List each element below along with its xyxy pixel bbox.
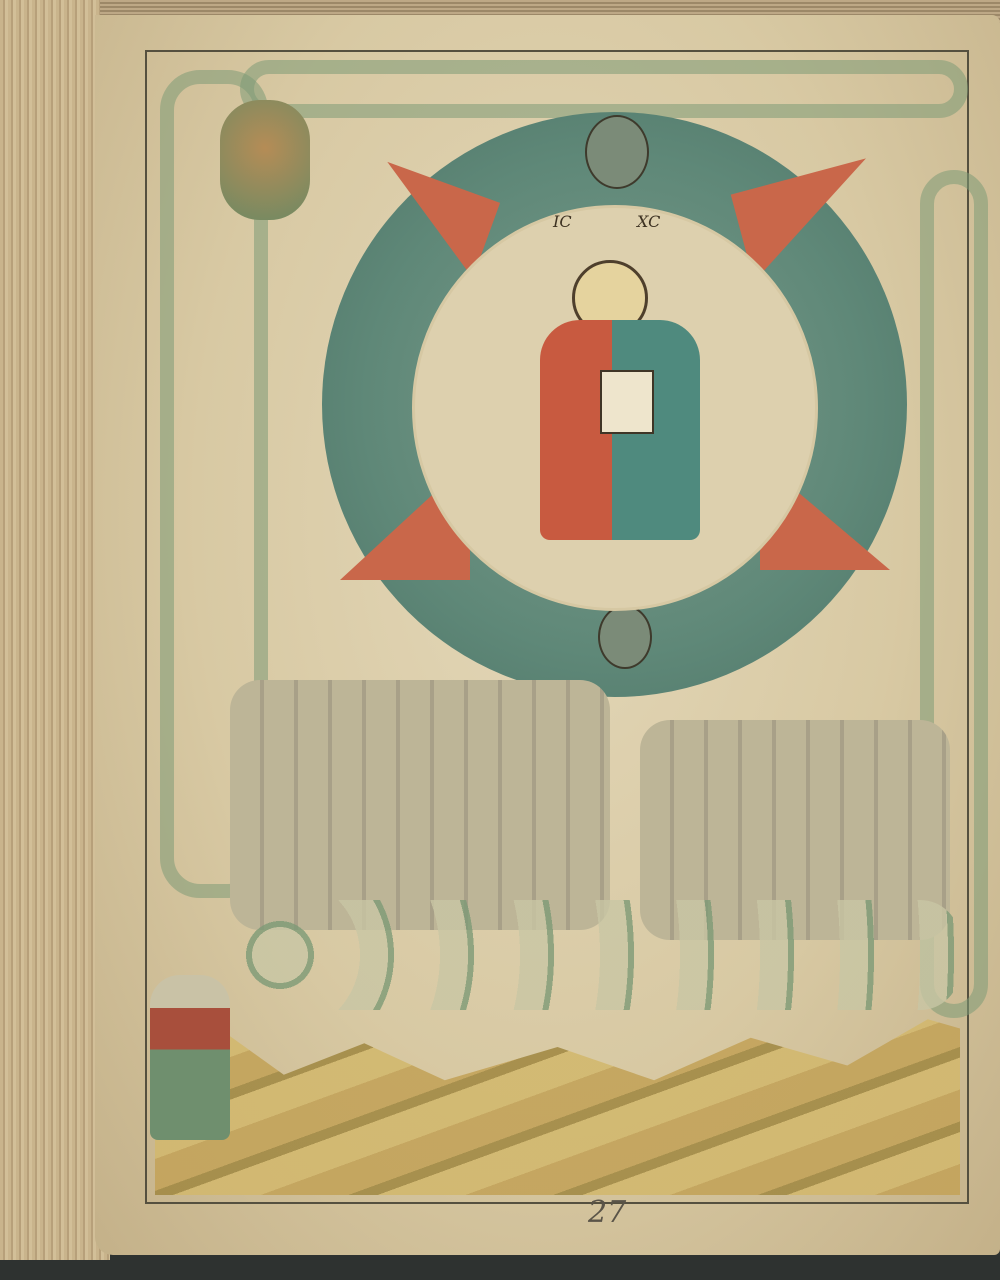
- elders-group-left: [230, 680, 610, 930]
- enthroned-christ: [520, 260, 720, 560]
- inscription-xc: XC: [637, 212, 660, 231]
- seraph-face-top: [585, 115, 649, 189]
- trumpeting-angel: [220, 100, 310, 220]
- cloud-band: [240, 900, 960, 1010]
- cloud-border-top: [240, 60, 968, 118]
- folio-number: 27: [588, 1195, 626, 1230]
- inscription-ic: IC: [553, 212, 572, 231]
- seraph-face-bottom: [598, 605, 652, 669]
- book-page-edges: [0, 0, 110, 1260]
- saint-john-figure: [150, 975, 230, 1140]
- open-gospel-book: [600, 370, 654, 434]
